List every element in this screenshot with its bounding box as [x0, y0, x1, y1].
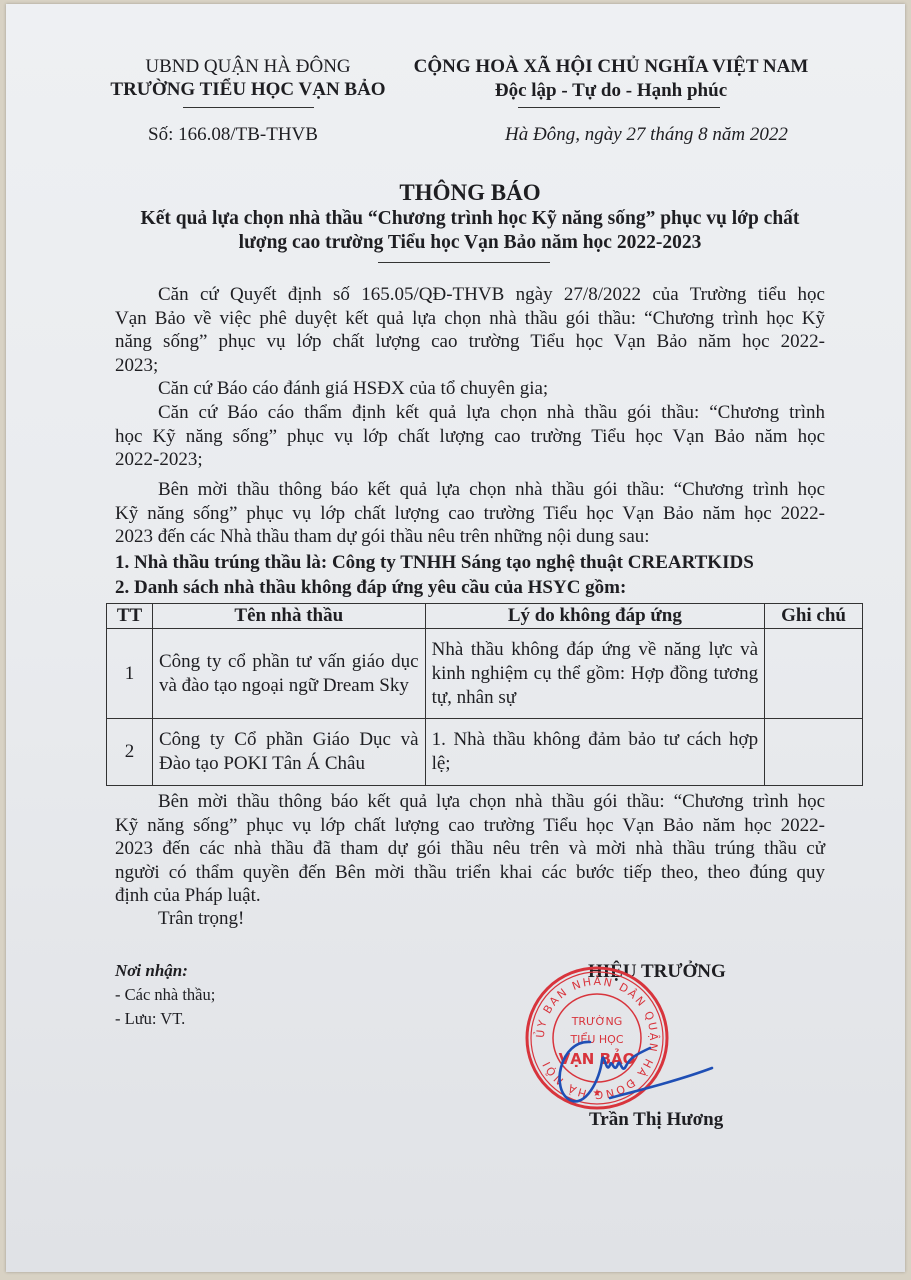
closing-greeting: Trân trọng! [158, 908, 244, 930]
non-compliant-bidders-table: TT Tên nhà thầu Lý do không đáp ứng Ghi … [106, 603, 863, 786]
cell-note [765, 719, 863, 786]
paragraph-legal-basis-appraisal: Căn cứ Báo cáo thẩm định kết quả lựa chọ… [115, 401, 825, 472]
school-name: TRƯỜNG TIỂU HỌC VẠN BẢO [106, 79, 390, 101]
cell-note [765, 629, 863, 719]
paragraph-invitation: Bên mời thầu thông báo kết quả lựa chọn … [115, 790, 825, 908]
table-row: 2 Công ty Cổ phần Giáo Dục và Đào tạo PO… [107, 719, 863, 786]
document-title: THÔNG BÁO [100, 180, 840, 206]
issuing-authority: UBND QUẬN HÀ ĐÔNG [118, 56, 378, 78]
paragraph-announcement: Bên mời thầu thông báo kết quả lựa chọn … [115, 478, 825, 549]
non-compliant-list-heading: 2. Danh sách nhà thầu không đáp ứng yêu … [115, 577, 626, 599]
right-header-rule [518, 107, 720, 108]
document-subtitle-line2: lượng cao trường Tiểu học Vạn Bảo năm họ… [100, 232, 840, 254]
national-motto: Độc lập - Tự do - Hạnh phúc [396, 80, 826, 102]
table-header-row: TT Tên nhà thầu Lý do không đáp ứng Ghi … [107, 604, 863, 629]
recipients-label: Nơi nhận: [115, 961, 188, 981]
place-and-date: Hà Đông, ngày 27 tháng 8 năm 2022 [505, 124, 788, 146]
table-row: 1 Công ty cổ phần tư vấn giáo dục và đào… [107, 629, 863, 719]
column-header-bidder-name: Tên nhà thầu [152, 604, 425, 629]
document-number: Số: 166.08/TB-THVB [148, 124, 318, 146]
column-header-tt: TT [107, 604, 153, 629]
cell-tt: 1 [107, 629, 153, 719]
left-header-rule [183, 107, 314, 108]
document-subtitle-line1: Kết quả lựa chọn nhà thầu “Chương trình … [100, 208, 840, 230]
paragraph-legal-basis-evaluation: Căn cứ Báo cáo đánh giá HSĐX của tổ chuy… [115, 377, 825, 401]
paragraph-legal-basis-decision: Căn cứ Quyết định số 165.05/QĐ-THVB ngày… [115, 283, 825, 377]
title-rule [378, 262, 550, 263]
column-header-reason: Lý do không đáp ứng [425, 604, 765, 629]
winning-bidder: 1. Nhà thầu trúng thầu là: Công ty TNHH … [115, 552, 754, 574]
cell-reason: 1. Nhà thầu không đảm bảo tư cách hợp lệ… [425, 719, 765, 786]
recipient-item: - Lưu: VT. [115, 1009, 185, 1029]
cell-bidder-name: Công ty cổ phần tư vấn giáo dục và đào t… [152, 629, 425, 719]
cell-tt: 2 [107, 719, 153, 786]
column-header-note: Ghi chú [765, 604, 863, 629]
national-title: CỘNG HOÀ XÃ HỘI CHỦ NGHĨA VIỆT NAM [396, 56, 826, 78]
signature-icon [540, 1020, 720, 1120]
signer-name: Trần Thị Hương [589, 1109, 723, 1131]
cell-reason: Nhà thầu không đáp ứng về năng lực và ki… [425, 629, 765, 719]
recipient-item: - Các nhà thầu; [115, 985, 215, 1005]
cell-bidder-name: Công ty Cổ phần Giáo Dục và Đào tạo POKI… [152, 719, 425, 786]
